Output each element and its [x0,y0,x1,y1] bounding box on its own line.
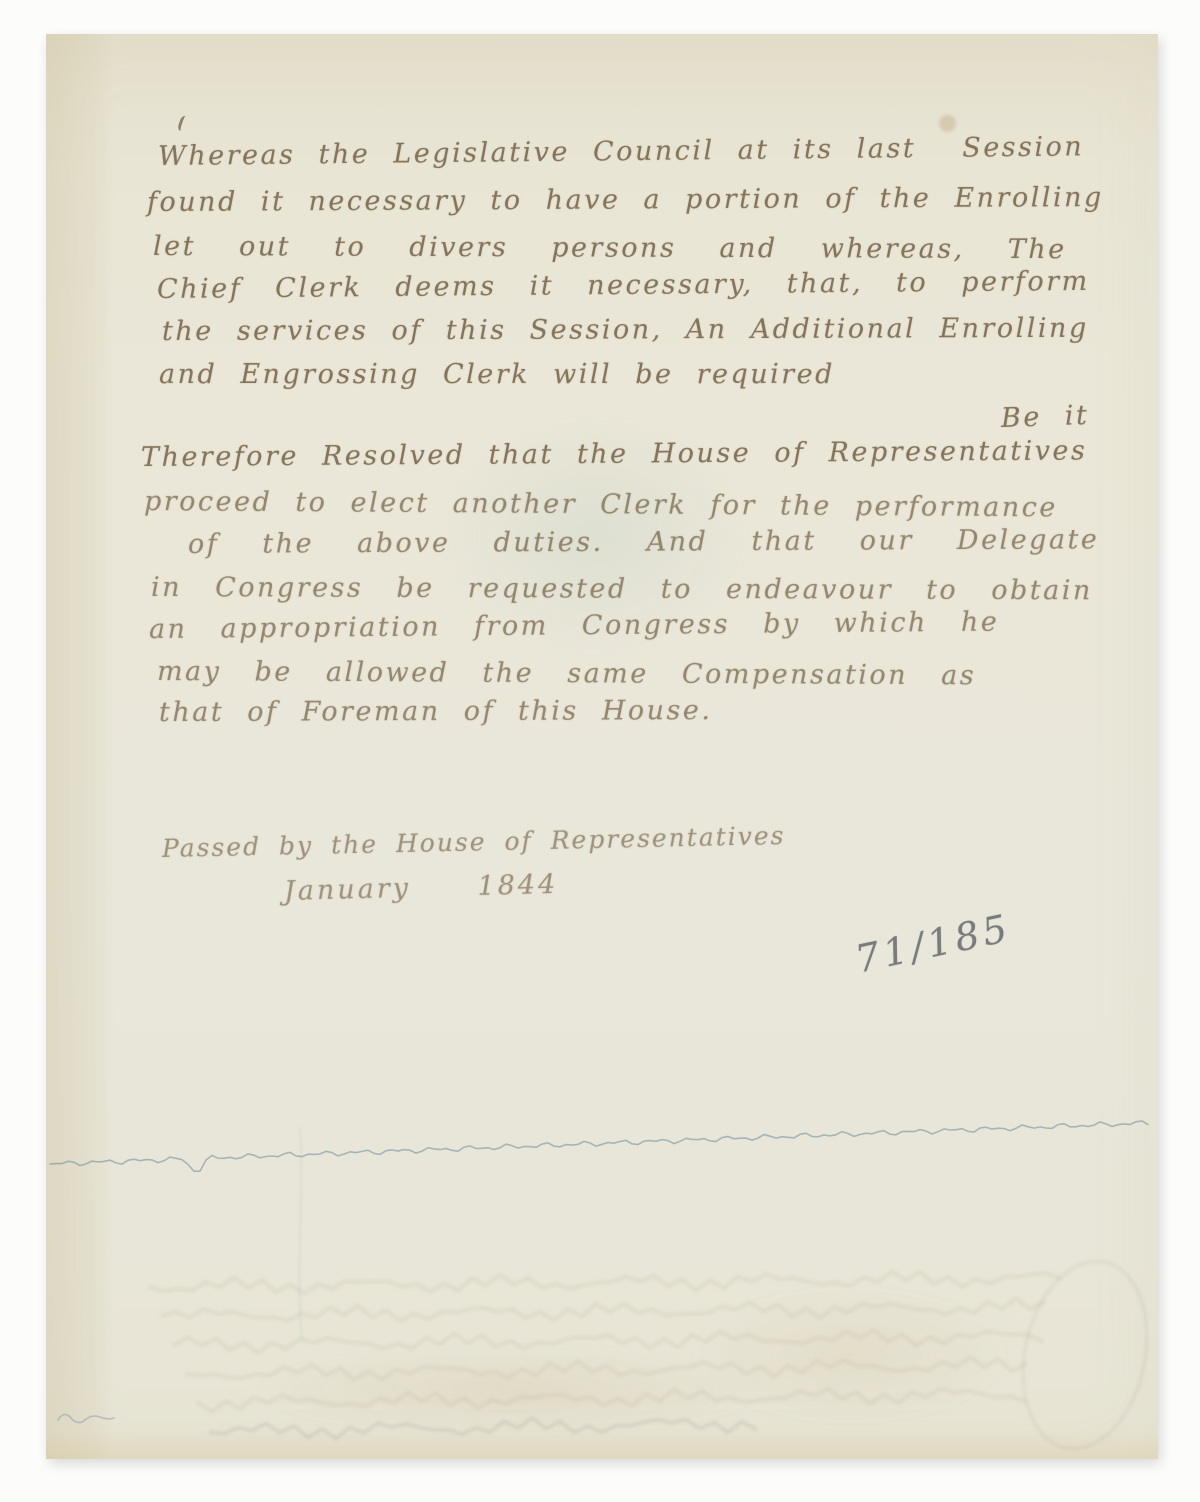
manuscript-line: and Engrossing Clerk will be required [159,359,835,390]
manuscript-line: of the above duties. And that our Delega… [188,524,1100,560]
manuscript-line: that of Foreman of this House. [159,695,713,728]
manuscript-line-be-it: Be it [1000,400,1089,434]
manuscript-line: let out to divers persons and whereas, T… [153,231,1067,265]
scan-background: Whereas the Legislative Council at its l… [0,0,1200,1502]
manuscript-line: may be allowed the same Compensation as [157,656,976,691]
paper-bottom-edge-band [46,1430,1158,1459]
manuscript-line: the services of this Session, An Additio… [162,313,1089,347]
manuscript-line: in Congress be requested to endeavour to… [151,572,1093,606]
paper-left-edge-band [46,34,114,1459]
manuscript-line: Therefore Resolved that the House of Rep… [141,435,1088,473]
manuscript-line: proceed to elect another Clerk for the p… [144,486,1058,523]
manuscript-line: found it necessary to have a portion of … [147,182,1104,218]
